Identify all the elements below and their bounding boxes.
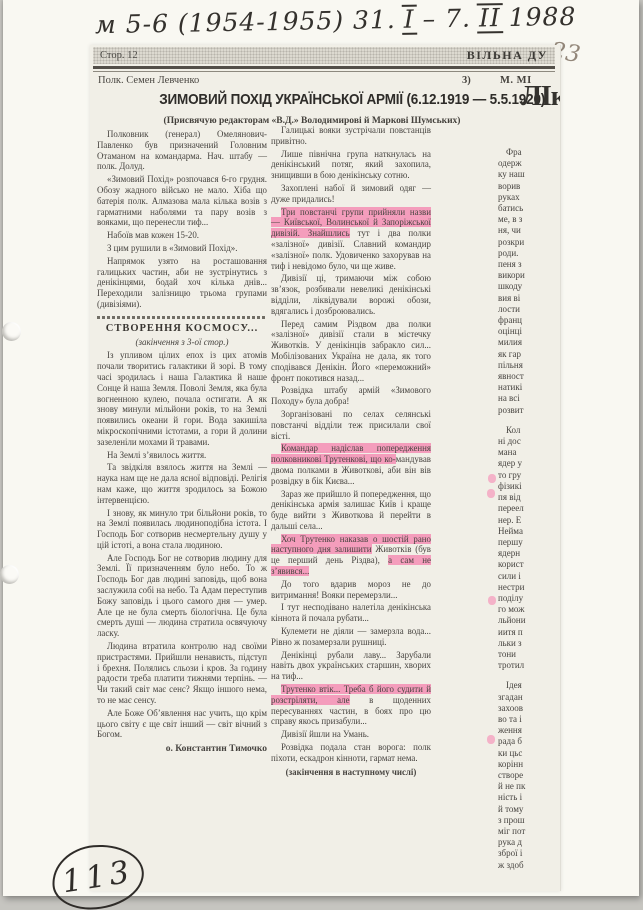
issue-note-year: 1988 bbox=[508, 2, 576, 32]
pink-mark bbox=[488, 596, 496, 605]
header-rule bbox=[93, 66, 555, 72]
author-byline: Полк. Семен Левченко bbox=[98, 75, 199, 86]
paragraph: Дивізії йшли на Умань. bbox=[271, 729, 431, 740]
text-fragment-block: Ідея згадан захоов во та і ження рада б … bbox=[498, 680, 558, 870]
paragraph: Перед самим Різдвом два полки «залізної»… bbox=[271, 319, 431, 384]
paragraph: З цим рушили в «Зимовий Похід». bbox=[97, 243, 267, 254]
article-column-left: Полковник (генерал) Омелянович-Павленко … bbox=[97, 129, 267, 757]
paragraph: Але Господь Бог не сотворив людину для З… bbox=[97, 553, 267, 639]
text-fragment-block: Кол ні дос мана ядер у то гру фізикі пя … bbox=[498, 425, 558, 671]
punch-hole-bottom bbox=[0, 565, 19, 584]
paragraph: «Зимовий Похід» розпочався 6-го грудня. … bbox=[97, 174, 267, 228]
pink-mark bbox=[487, 489, 495, 498]
paragraph: Лише північна група наткнулась на денікі… bbox=[271, 149, 431, 181]
punch-hole-top bbox=[2, 322, 21, 341]
article-column-middle: Галицькі вояки зустрічали повстанців при… bbox=[271, 125, 431, 779]
issue-note-part: м 5-6 (1954-1955) 31. bbox=[95, 5, 396, 39]
issue-note-part: – 7. bbox=[422, 4, 471, 34]
hatched-divider bbox=[97, 316, 267, 319]
paragraph: До того вдарив мороз не до витримання! В… bbox=[271, 579, 431, 601]
paragraph: І тут несподівано налетіла денікінська к… bbox=[271, 602, 431, 624]
paragraph: І знову, як минуло три більйони років, т… bbox=[97, 508, 267, 551]
newspaper-header-band: Стор. 12 ВІЛЬНА ДУ bbox=[93, 47, 555, 64]
roman-numeral-one: І bbox=[402, 5, 417, 36]
article-title: ЗИМОВИЙ ПОХІД УКРАЇНСЬКОЇ АРМІЇ (6.12.19… bbox=[159, 91, 505, 108]
paragraph: Три повстанчі групи прийняли назви — Киї… bbox=[271, 207, 431, 272]
paragraph: Та звідкіля взялось життя на Землі — нау… bbox=[97, 462, 267, 505]
paragraph: Людина втратила контролю над своїми прис… bbox=[97, 641, 267, 706]
paragraph: Зараз же прийшло й попередження, що дені… bbox=[271, 489, 431, 532]
pink-mark bbox=[487, 735, 495, 744]
masthead: ВІЛЬНА ДУ bbox=[467, 48, 548, 63]
paragraph: Кулемети не діяли — замерзла вода... Рів… bbox=[271, 626, 431, 648]
serial-end-note: (закінчення в наступному числі) bbox=[271, 767, 431, 778]
article-column-right-fragments: Фра одерж ку наш ворив руках батись ме, … bbox=[498, 147, 558, 880]
paragraph: На Землі з’явилось життя. bbox=[97, 450, 267, 461]
paragraph: Командар надіслав попередження полковник… bbox=[271, 443, 431, 486]
paragraph: Але Боже Об’явлення нас учить, що крім ц… bbox=[97, 708, 267, 740]
paragraph: Галицькі вояки зустрічали повстанців при… bbox=[271, 125, 431, 147]
pink-mark bbox=[488, 474, 496, 483]
scanned-document: { "annotations": { "top_note": { "p1": "… bbox=[0, 0, 643, 910]
paragraph: Розвідка подала стан ворога: полк піхоти… bbox=[271, 742, 431, 764]
cosmos-section-heading: СТВОРЕННЯ КОСМОСУ... bbox=[97, 324, 267, 335]
text-fragment-block: Фра одерж ку наш ворив руках батись ме, … bbox=[498, 147, 558, 416]
paragraph: Напрямок узято на росташовання галицьких… bbox=[97, 256, 267, 310]
catalog-number-text: 113 bbox=[60, 854, 136, 901]
page-label: Стор. 12 bbox=[100, 50, 138, 61]
paragraph: Набоїв мав кожен 15-20. bbox=[97, 230, 267, 241]
paragraph: Зорганізовані по селах селянські повстан… bbox=[271, 409, 431, 441]
signature: о. Константин Тимочко bbox=[97, 744, 267, 755]
newspaper-clipping: Стор. 12 ВІЛЬНА ДУ Полк. Семен Левченко … bbox=[90, 45, 561, 891]
roman-numeral-two: ІІ bbox=[477, 3, 503, 34]
paragraph: Денікінці рубали лаву... Зарубали навіть… bbox=[271, 650, 431, 682]
paragraph: Хоч Трутенко наказав о шостій рано насту… bbox=[271, 534, 431, 577]
cosmos-section-subheading: (закінчення з 3-ої стор.) bbox=[97, 337, 267, 348]
paragraph: Полковник (генерал) Омелянович-Павленко … bbox=[97, 129, 267, 172]
column-ref-mark: 3) bbox=[462, 75, 471, 86]
paragraph: Із упливом цілих епох із цих атомів поча… bbox=[97, 350, 267, 447]
paragraph: Дивізії ці, тримаючи між собою зв’язок, … bbox=[271, 273, 431, 316]
paragraph: Захоплені набої й зимовий одяг — дуже пр… bbox=[271, 183, 431, 205]
neighbor-article-title-fragment: ЛІк bbox=[521, 81, 561, 113]
paragraph: Розвідка штабу армій «Зимового Походу» б… bbox=[271, 385, 431, 407]
paragraph: Трутенко втік... Треба б його судити й р… bbox=[271, 684, 431, 727]
